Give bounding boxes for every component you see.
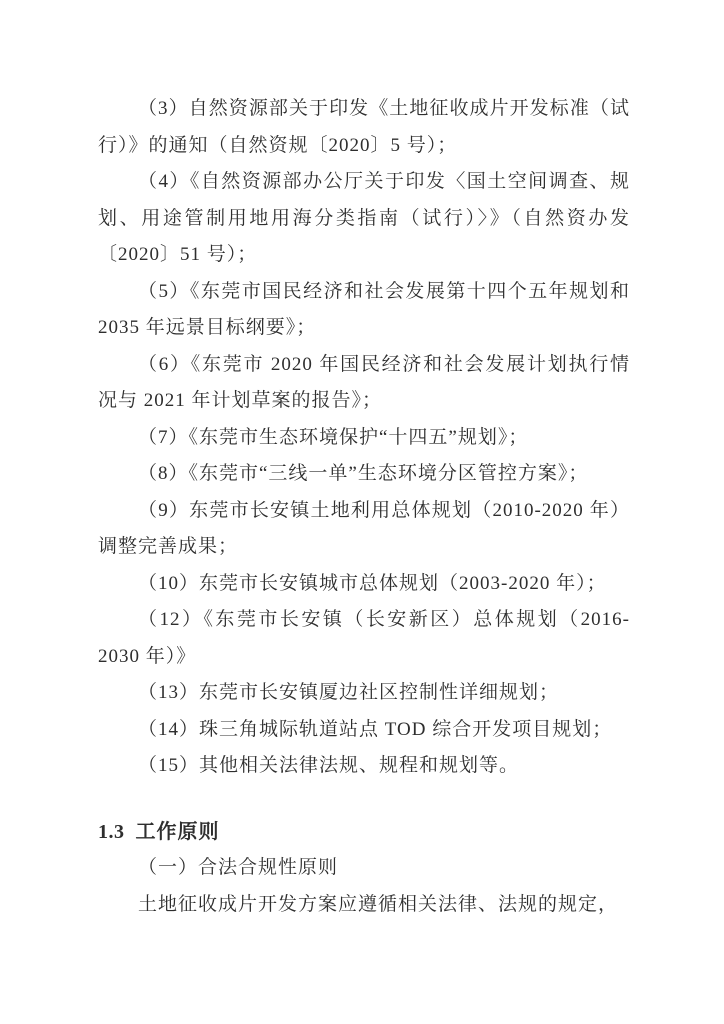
- reference-item-8: （8）《东莞市“三线一单”生态环境分区管控方案》；: [98, 456, 630, 493]
- section-number: 1.3: [98, 821, 125, 843]
- document-page: （3）自然资源部关于印发《土地征收成片开发标准（试行）》的通知（自然资规〔202…: [0, 0, 724, 1024]
- reference-item-13: （13）东莞市长安镇厦边社区控制性详细规划；: [98, 675, 630, 712]
- reference-item-12: （12）《东莞市长安镇（长安新区）总体规划（2016-2030 年）》: [98, 602, 630, 675]
- subsection-title: （一）合法合规性原则: [98, 850, 630, 887]
- reference-item-6: （6）《东莞市 2020 年国民经济和社会发展计划执行情况与 2021 年计划草…: [98, 347, 630, 420]
- section-heading: 1.3工作原则: [98, 814, 630, 851]
- reference-item-9: （9）东莞市长安镇土地利用总体规划（2010-2020 年）调整完善成果；: [98, 493, 630, 566]
- document-content: （3）自然资源部关于印发《土地征收成片开发标准（试行）》的通知（自然资规〔202…: [98, 91, 630, 923]
- reference-item-3: （3）自然资源部关于印发《土地征收成片开发标准（试行）》的通知（自然资规〔202…: [98, 91, 630, 164]
- reference-item-4: （4）《自然资源部办公厅关于印发〈国土空间调查、规划、用途管制用地用海分类指南（…: [98, 164, 630, 274]
- reference-item-7: （7）《东莞市生态环境保护“十四五”规划》；: [98, 420, 630, 457]
- reference-item-5: （5）《东莞市国民经济和社会发展第十四个五年规划和 2035 年远景目标纲要》；: [98, 274, 630, 347]
- reference-item-14: （14）珠三角城际轨道站点 TOD 综合开发项目规划；: [98, 712, 630, 749]
- reference-item-15: （15）其他相关法律法规、规程和规划等。: [98, 748, 630, 785]
- section-title: 工作原则: [136, 821, 220, 843]
- reference-item-10: （10）东莞市长安镇城市总体规划（2003-2020 年）；: [98, 566, 630, 603]
- body-paragraph: 土地征收成片开发方案应遵循相关法律、法规的规定，: [98, 887, 630, 924]
